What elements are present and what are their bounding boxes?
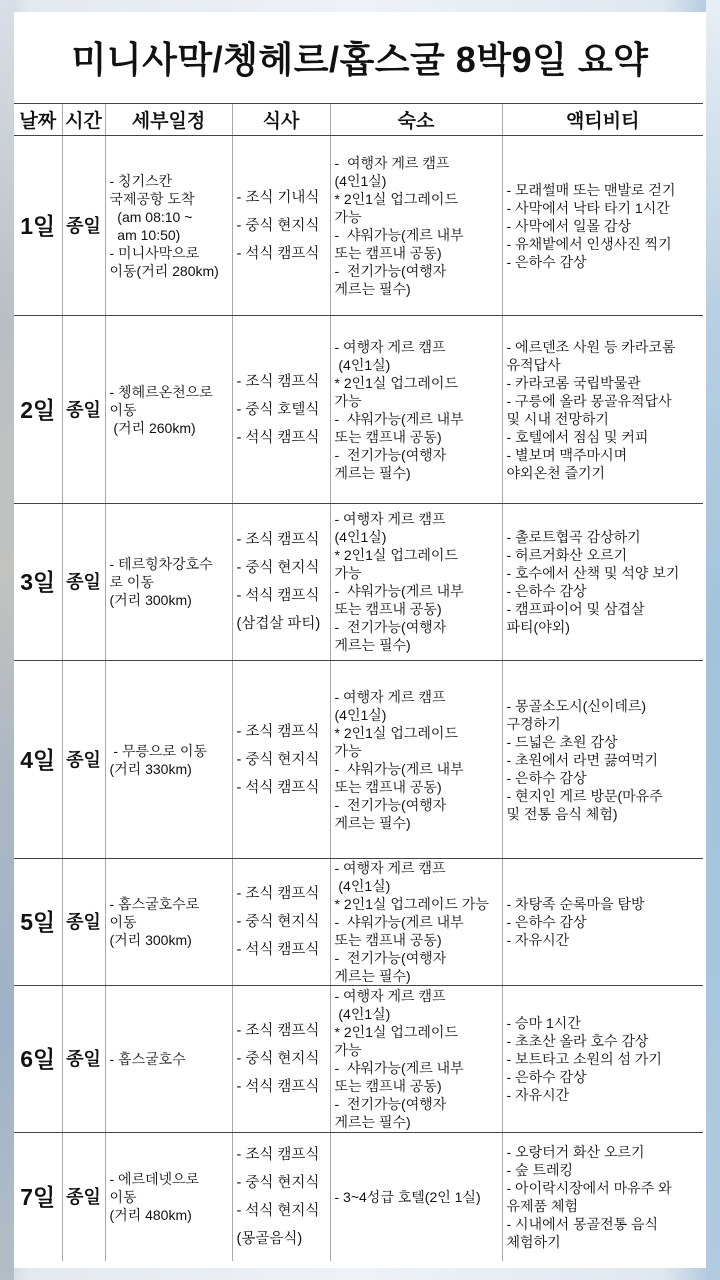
cell-schedule: - 쳉헤르온천으로이동 (거리 260km) [105,316,232,504]
cell-lodging-line: 가능 [335,564,502,582]
cell-meals-line: - 중식 현지식 [237,559,330,577]
cell-schedule-line: - 홉스굴호수 [110,1050,232,1068]
cell-activities-line: - 차탕족 순록마을 탐방 [507,895,704,913]
cell-schedule-line: 이동(거리 280km) [110,262,232,280]
cell-lodging-line: - 여행자 게르 캠프 [335,154,502,172]
cell-activities-line: - 사막에서 일몰 감상 [507,217,704,235]
cell-activities: - 몽골소도시(신이데르)구경하기- 드넓은 초원 감상- 초원에서 라면 끓여… [502,661,703,859]
cell-lodging-line: - 여행자 게르 캠프 [335,987,502,1005]
cell-lodging-line: - 여행자 게르 캠프 [335,510,502,528]
cell-time: 종일 [62,986,105,1133]
cell-lodging: - 여행자 게르 캠프 (4인1실)* 2인1실 업그레이드가능- 샤워가능(게… [330,316,502,504]
cell-meals-line: - 중식 현지식 [237,751,330,769]
cell-activities: - 승마 1시간- 초초산 올라 호수 감상- 보트타고 소원의 섬 가기- 은… [502,986,703,1133]
cell-schedule: - 에르데넷으로이동(거리 480km) [105,1133,232,1261]
cell-schedule: - 테르힝차강호수로 이동(거리 300km) [105,504,232,661]
cell-lodging-line: (4인1실) [335,706,502,724]
cell-time: 종일 [62,316,105,504]
cell-lodging: - 여행자 게르 캠프(4인1실)* 2인1실 업그레이드가능- 샤워가능(게르… [330,504,502,661]
cell-lodging: - 여행자 게르 캠프(4인1실)* 2인1실 업그레이드가능- 샤워가능(게르… [330,136,502,316]
cell-activities-line: - 자유시간 [507,931,704,949]
cell-lodging-line: * 2인1실 업그레이드 [335,374,502,392]
cell-meals-line: - 중식 현지식 [237,1050,330,1068]
background-right-sky [706,0,720,1280]
cell-schedule-line: 이동 [110,401,232,419]
cell-activities-line: - 호수에서 산책 및 석양 보기 [507,564,704,582]
cell-lodging-line: * 2인1실 업그레이드 [335,190,502,208]
cell-activities-line: - 현지인 게르 방문(마유주 [507,787,704,805]
header-lodging: 숙소 [330,104,502,136]
cell-meals-line: - 석식 캠프식 [237,429,330,447]
cell-meals-line: - 중식 현지식 [237,217,330,235]
cell-day: 5일 [14,859,62,986]
header-date: 날짜 [14,104,62,136]
cell-schedule-line: (거리 330km) [110,760,232,778]
cell-day: 6일 [14,986,62,1133]
cell-lodging-line: 게르는 필수) [335,636,502,654]
cell-meals-line: - 조식 캠프식 [237,1146,330,1164]
cell-activities-line: - 초원에서 라면 끓여먹기 [507,751,704,769]
cell-activities-line: - 허르거화산 오르기 [507,546,704,564]
cell-activities-line: - 숲 트레킹 [507,1161,704,1179]
cell-meals: - 조식 캠프식- 중식 현지식- 석식 캠프식 [232,661,330,859]
itinerary-table: 날짜 시간 세부일정 식사 숙소 액티비티 1일종일- 칭기스칸국제공항 도착 … [14,103,703,1261]
cell-activities-line: - 은하수 감상 [507,913,704,931]
table-row: 1일종일- 칭기스칸국제공항 도착 (am 08:10 ~ am 10:50)-… [14,136,703,316]
cell-lodging-line: (4인1실) [335,356,502,374]
cell-schedule-line: - 에르데넷으로 [110,1170,232,1188]
cell-meals: - 조식 캠프식- 중식 현지식- 석식 캠프식(삼겹살 파티) [232,504,330,661]
cell-meals-line: - 중식 현지식 [237,913,330,931]
cell-time: 종일 [62,136,105,316]
cell-time: 종일 [62,1133,105,1261]
cell-activities-line: - 모래썰매 또는 맨발로 걷기 [507,181,704,199]
cell-activities-line: - 자유시간 [507,1086,704,1104]
cell-time: 종일 [62,859,105,986]
cell-day: 2일 [14,316,62,504]
header-meals: 식사 [232,104,330,136]
cell-activities: - 오랑터거 화산 오르기- 숲 트레킹- 아이락시장에서 마유주 와유제품 체… [502,1133,703,1261]
cell-schedule-line: - 홉스굴호수로 [110,895,232,913]
page-title: 미니사막/쳉헤르/홉스굴 8박9일 요약 [14,32,706,83]
cell-lodging-line: - 샤워가능(게르 내부 [335,913,502,931]
cell-schedule: - 무릉으로 이동(거리 330km) [105,661,232,859]
cell-lodging-line: - 전기가능(여행자 [335,949,502,967]
cell-schedule: - 홉스굴호수로이동(거리 300km) [105,859,232,986]
cell-meals-line: - 석식 캠프식 [237,1078,330,1096]
cell-lodging-line: - 샤워가능(게르 내부 [335,226,502,244]
cell-meals: - 조식 캠프식- 중식 현지식- 석식 캠프식 [232,859,330,986]
cell-lodging-line: (4인1실) [335,877,502,895]
cell-meals-line: - 중식 호텔식 [237,401,330,419]
cell-meals-line: - 조식 캠프식 [237,1022,330,1040]
cell-lodging-line: 또는 캠프내 공동) [335,931,502,949]
cell-lodging-line: * 2인1실 업그레이드 [335,724,502,742]
background-left-photo [0,0,14,1280]
cell-lodging-line: 또는 캠프내 공동) [335,1077,502,1095]
table-row: 3일종일- 테르힝차강호수로 이동(거리 300km)- 조식 캠프식- 중식 … [14,504,703,661]
cell-schedule-line: 로 이동 [110,573,232,591]
cell-activities-line: - 사막에서 낙타 타기 1시간 [507,199,704,217]
cell-activities-line: 구경하기 [507,715,704,733]
cell-time: 종일 [62,504,105,661]
cell-schedule-line: - 무릉으로 이동 [110,742,232,760]
cell-schedule-line: (거리 300km) [110,591,232,609]
cell-activities-line: - 은하수 감상 [507,582,704,600]
cell-activities-line: - 유채밭에서 인생사진 찍기 [507,235,704,253]
cell-activities-line: 체험하기 [507,1233,704,1251]
table-row: 6일종일- 홉스굴호수- 조식 캠프식- 중식 현지식- 석식 캠프식- 여행자… [14,986,703,1133]
cell-activities: - 차탕족 순록마을 탐방- 은하수 감상- 자유시간 [502,859,703,986]
cell-activities-line: 유제품 체험 [507,1197,704,1215]
cell-lodging-line: 또는 캠프내 공동) [335,600,502,618]
cell-lodging-line: 게르는 필수) [335,280,502,298]
header-schedule: 세부일정 [105,104,232,136]
cell-meals-line: - 석식 캠프식 [237,779,330,797]
cell-lodging-line: - 여행자 게르 캠프 [335,859,502,877]
cell-lodging-line: - 전기가능(여행자 [335,446,502,464]
cell-activities-line: - 오랑터거 화산 오르기 [507,1143,704,1161]
document-panel: 미니사막/쳉헤르/홉스굴 8박9일 요약 날짜 시간 세부일정 식사 숙소 액티… [14,12,706,1268]
cell-meals-line: (삼겹살 파티) [237,615,330,633]
cell-lodging-line: - 전기가능(여행자 [335,618,502,636]
cell-lodging-line: - 3~4성급 호텔(2인 1실) [335,1188,502,1206]
cell-activities-line: - 은하수 감상 [507,253,704,271]
cell-lodging-line: - 샤워가능(게르 내부 [335,582,502,600]
cell-time: 종일 [62,661,105,859]
cell-lodging-line: 가능 [335,208,502,226]
table-row: 4일종일 - 무릉으로 이동(거리 330km)- 조식 캠프식- 중식 현지식… [14,661,703,859]
cell-schedule-line: - 테르힝차강호수 [110,555,232,573]
cell-day: 7일 [14,1133,62,1261]
cell-meals-line: - 조식 기내식 [237,189,330,207]
cell-day: 3일 [14,504,62,661]
cell-activities-line: - 은하수 감상 [507,769,704,787]
cell-lodging-line: * 2인1실 업그레이드 가능 [335,895,502,913]
cell-activities-line: 및 시내 전망하기 [507,410,704,428]
cell-meals-line: - 석식 현지식 [237,1202,330,1220]
cell-activities-line: - 몽골소도시(신이데르) [507,697,704,715]
cell-lodging-line: * 2인1실 업그레이드 [335,1023,502,1041]
table-row: 7일종일- 에르데넷으로이동(거리 480km)- 조식 캠프식- 중식 현지식… [14,1133,703,1261]
cell-meals-line: - 조식 캠프식 [237,723,330,741]
cell-meals-line: - 석식 캠프식 [237,245,330,263]
cell-lodging: - 여행자 게르 캠프 (4인1실)* 2인1실 업그레이드가능- 샤워가능(게… [330,986,502,1133]
cell-activities-line: 야외온천 즐기기 [507,464,704,482]
cell-lodging-line: * 2인1실 업그레이드 [335,546,502,564]
cell-day: 1일 [14,136,62,316]
cell-lodging-line: 또는 캠프내 공동) [335,244,502,262]
cell-lodging-line: 게르는 필수) [335,967,502,985]
cell-activities: - 모래썰매 또는 맨발로 걷기- 사막에서 낙타 타기 1시간- 사막에서 일… [502,136,703,316]
cell-schedule-line: - 칭기스칸 [110,172,232,190]
cell-meals-line: - 조식 캠프식 [237,373,330,391]
cell-lodging-line: 가능 [335,742,502,760]
cell-schedule-line: - 쳉헤르온천으로 [110,383,232,401]
cell-activities: - 촐로트협곡 감상하기- 허르거화산 오르기- 호수에서 산책 및 석양 보기… [502,504,703,661]
cell-activities: - 에르덴조 사원 등 카라코롬유적답사- 카라코롬 국립박물관- 구릉에 올라… [502,316,703,504]
cell-meals-line: - 석식 캠프식 [237,941,330,959]
cell-activities-line: - 캠프파이어 및 삼겹살 [507,600,704,618]
cell-schedule-line: 이동 [110,1188,232,1206]
cell-schedule-line: 국제공항 도착 [110,190,232,208]
cell-schedule: - 칭기스칸국제공항 도착 (am 08:10 ~ am 10:50)- 미니사… [105,136,232,316]
cell-meals: - 조식 기내식- 중식 현지식- 석식 캠프식 [232,136,330,316]
cell-lodging-line: 또는 캠프내 공동) [335,778,502,796]
cell-day: 4일 [14,661,62,859]
cell-lodging-line: 가능 [335,1041,502,1059]
cell-activities-line: - 구릉에 올라 몽골유적답사 [507,392,704,410]
cell-activities-line: - 승마 1시간 [507,1014,704,1032]
cell-lodging-line: - 전기가능(여행자 [335,796,502,814]
table-header-row: 날짜 시간 세부일정 식사 숙소 액티비티 [14,104,703,136]
cell-lodging-line: 또는 캠프내 공동) [335,428,502,446]
cell-lodging-line: - 여행자 게르 캠프 [335,688,502,706]
cell-lodging-line: (4인1실) [335,528,502,546]
cell-activities-line: - 드넓은 초원 감상 [507,733,704,751]
cell-meals-line: - 조식 캠프식 [237,885,330,903]
cell-lodging-line: 게르는 필수) [335,464,502,482]
cell-activities-line: - 별보며 맥주마시며 [507,446,704,464]
cell-lodging-line: - 샤워가능(게르 내부 [335,760,502,778]
cell-lodging-line: 게르는 필수) [335,1113,502,1131]
cell-lodging-line: 가능 [335,392,502,410]
cell-meals-line: - 중식 현지식 [237,1174,330,1192]
header-time: 시간 [62,104,105,136]
table-row: 5일종일- 홉스굴호수로이동(거리 300km)- 조식 캠프식- 중식 현지식… [14,859,703,986]
cell-meals-line: - 조식 캠프식 [237,531,330,549]
cell-meals: - 조식 캠프식- 중식 호텔식- 석식 캠프식 [232,316,330,504]
cell-lodging: - 여행자 게르 캠프 (4인1실)* 2인1실 업그레이드 가능- 샤워가능(… [330,859,502,986]
cell-activities-line: - 에르덴조 사원 등 카라코롬 [507,338,704,356]
cell-lodging-line: - 전기가능(여행자 [335,1095,502,1113]
cell-schedule-line: (거리 260km) [110,419,232,437]
cell-lodging-line: (4인1실) [335,172,502,190]
cell-activities-line: 유적답사 [507,356,704,374]
cell-meals-line: (몽골음식) [237,1230,330,1248]
cell-activities-line: - 초초산 올라 호수 감상 [507,1032,704,1050]
cell-schedule-line: am 10:50) [110,226,232,244]
cell-lodging-line: - 전기가능(여행자 [335,262,502,280]
cell-schedule-line: (거리 300km) [110,931,232,949]
cell-meals: - 조식 캠프식- 중식 현지식- 석식 현지식(몽골음식) [232,1133,330,1261]
header-activities: 액티비티 [502,104,703,136]
cell-schedule: - 홉스굴호수 [105,986,232,1133]
cell-schedule-line: 이동 [110,913,232,931]
cell-activities-line: 파티(야외) [507,618,704,636]
cell-meals: - 조식 캠프식- 중식 현지식- 석식 캠프식 [232,986,330,1133]
cell-lodging-line: 게르는 필수) [335,814,502,832]
cell-lodging: - 3~4성급 호텔(2인 1실) [330,1133,502,1261]
cell-activities-line: - 은하수 감상 [507,1068,704,1086]
cell-activities-line: - 시내에서 몽골전통 음식 [507,1215,704,1233]
cell-activities-line: - 호텔에서 점심 및 커피 [507,428,704,446]
cell-lodging-line: - 여행자 게르 캠프 [335,338,502,356]
cell-lodging-line: - 샤워가능(게르 내부 [335,410,502,428]
cell-meals-line: - 석식 캠프식 [237,587,330,605]
cell-lodging-line: (4인1실) [335,1005,502,1023]
cell-lodging-line: - 샤워가능(게르 내부 [335,1059,502,1077]
cell-lodging: - 여행자 게르 캠프(4인1실)* 2인1실 업그레이드가능- 샤워가능(게르… [330,661,502,859]
table-row: 2일종일- 쳉헤르온천으로이동 (거리 260km)- 조식 캠프식- 중식 호… [14,316,703,504]
cell-activities-line: - 촐로트협곡 감상하기 [507,528,704,546]
cell-schedule-line: (거리 480km) [110,1206,232,1224]
cell-activities-line: 및 전통 음식 체험) [507,805,704,823]
cell-schedule-line: - 미니사막으로 [110,244,232,262]
cell-activities-line: - 아이락시장에서 마유주 와 [507,1179,704,1197]
cell-activities-line: - 카라코롬 국립박물관 [507,374,704,392]
cell-activities-line: - 보트타고 소원의 섬 가기 [507,1050,704,1068]
cell-schedule-line: (am 08:10 ~ [110,208,232,226]
